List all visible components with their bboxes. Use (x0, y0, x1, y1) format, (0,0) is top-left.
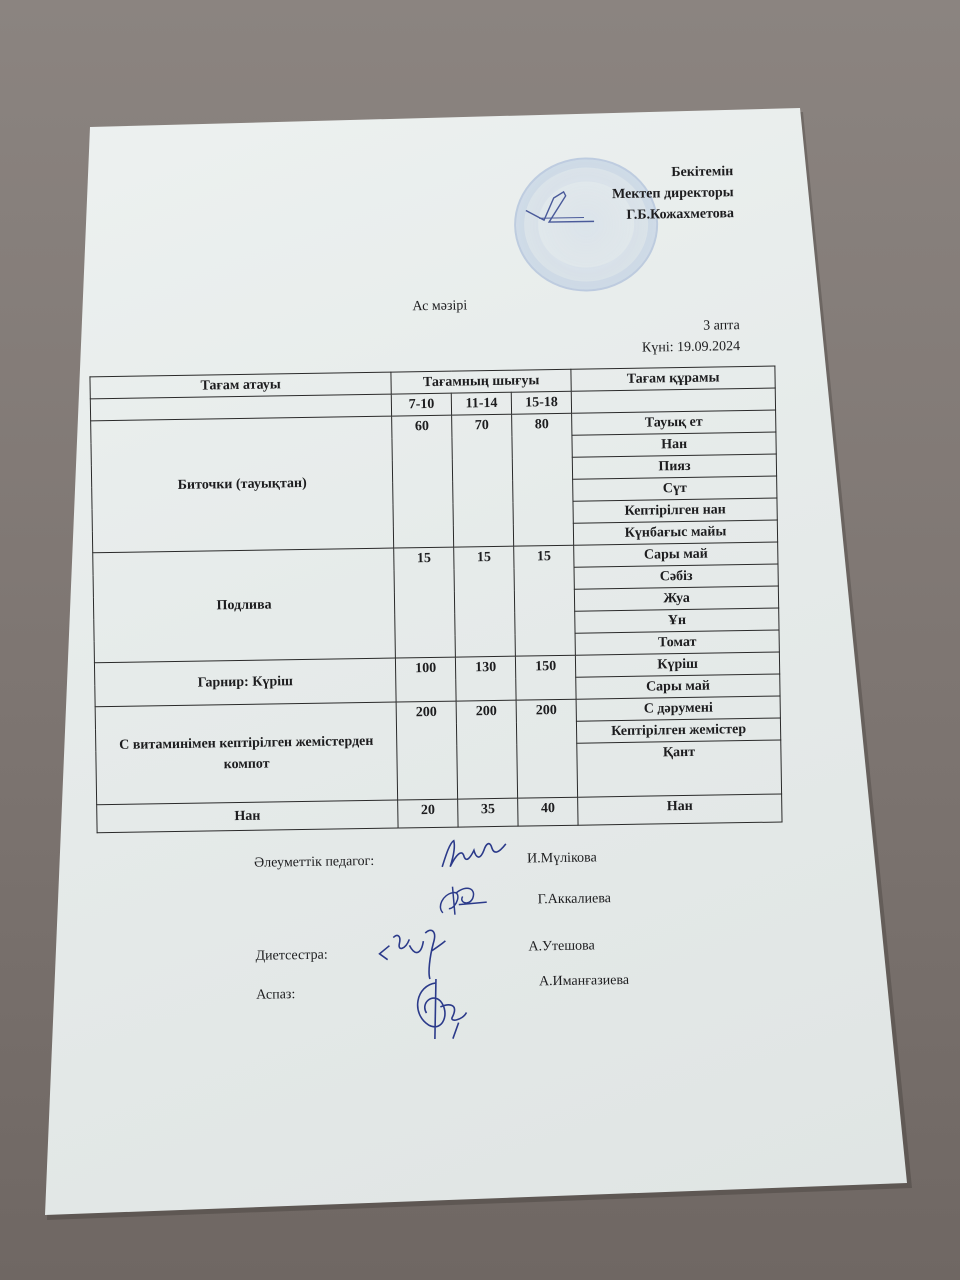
header-blank (571, 388, 775, 413)
ingredient: Тауық ет (572, 410, 776, 435)
portion-value: 150 (516, 655, 577, 700)
ingredient: Күріш (575, 652, 779, 677)
ingredient: Ұн (575, 608, 779, 633)
portion-value: 200 (396, 701, 458, 800)
header-composition: Тағам құрамы (571, 366, 775, 391)
ingredient: Сары май (574, 542, 778, 567)
menu-table: Тағам атауыТағамның шығуыТағам құрамы7-1… (89, 366, 782, 834)
portion-value: 15 (454, 546, 516, 657)
portion-value: 15 (394, 547, 456, 658)
signature-role: Диетсестра: (255, 948, 327, 965)
dish-name: Подлива (93, 548, 396, 663)
dish-name: Нан (97, 800, 399, 833)
approval-block: Бекітемін Мектеп директоры Г.Б.Кожахмето… (593, 161, 734, 226)
handwritten-signature-icon (432, 878, 493, 919)
ingredient: Нан (572, 432, 776, 457)
signature-role: Аспаз: (256, 987, 295, 1004)
header-age-group: 7-10 (391, 393, 451, 416)
portion-value: 80 (512, 413, 574, 546)
ingredient: Нан (578, 794, 782, 825)
portion-value: 60 (392, 415, 454, 548)
ingredient: Күнбағыс майы (573, 520, 777, 545)
approval-line-3: Г.Б.Кожахметова (594, 203, 734, 226)
ingredient: Сары май (576, 674, 780, 699)
header-yield: Тағамның шығуы (391, 369, 571, 394)
ingredient: С дәрумені (576, 696, 780, 721)
ingredient: Кептірілген нан (573, 498, 777, 523)
approval-line-1: Бекітемін (593, 161, 733, 184)
document-content: Бекітемін Мектеп директоры Г.Б.Кожахмето… (0, 0, 960, 1280)
ingredient: Сүт (573, 476, 777, 501)
portion-value: 35 (458, 798, 518, 827)
week-label: 3 апта (636, 318, 740, 336)
ingredient: Кептірілген жемістер (577, 718, 781, 743)
dish-name: Гарнир: Күріш (94, 658, 396, 707)
signature-name: Г.Аккалиева (538, 891, 611, 908)
portion-value: 130 (456, 656, 517, 701)
ingredient: Жуа (574, 586, 778, 611)
portion-value: 40 (518, 797, 578, 826)
signature-name: И.Мүлікова (527, 850, 597, 867)
ingredient: Қант (577, 740, 782, 797)
signature-name: А.Иманғазиева (539, 973, 629, 990)
portion-value: 200 (516, 699, 578, 798)
handwritten-signature-icon (436, 834, 517, 875)
signature-role: Әлеуметтік педагог: (254, 854, 374, 871)
portion-value: 20 (398, 799, 458, 828)
director-signature-icon (524, 187, 605, 233)
approval-line-2: Мектеп директоры (593, 182, 733, 205)
ingredient: Сәбіз (574, 564, 778, 589)
header-age-group: 11-14 (451, 392, 511, 415)
signature-row: Әлеуметтік педагог: (254, 854, 374, 872)
dish-name: Биточки (тауықтан) (91, 416, 394, 553)
signature-name: А.Утешова (528, 938, 595, 955)
dish-name: С витаминімен кептірілген жемістерден ко… (95, 702, 398, 805)
date-label: Күні: 19.09.2024 (576, 339, 740, 358)
handwritten-signature-icon (406, 972, 477, 1043)
ingredient: Томат (575, 630, 779, 655)
document-title: Ас мәзірі (412, 298, 467, 315)
portion-value: 100 (396, 657, 457, 702)
portion-value: 200 (456, 700, 518, 799)
header-age-group: 15-18 (511, 391, 571, 414)
ingredient: Пияз (572, 454, 776, 479)
portion-value: 15 (514, 545, 576, 656)
portion-value: 70 (452, 414, 514, 547)
